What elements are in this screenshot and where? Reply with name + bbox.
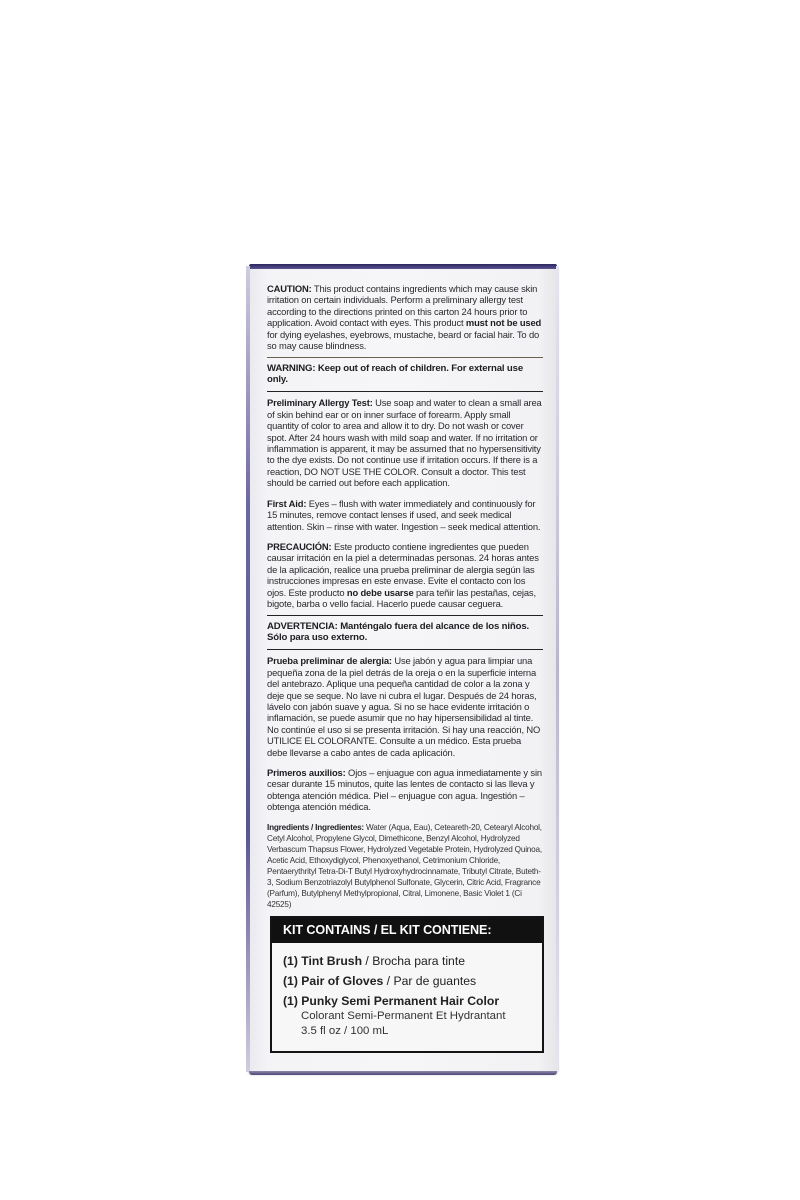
- advertencia-text: ADVERTENCIA: Manténgalo fuera del alcanc…: [267, 621, 543, 643]
- allergy-test-label: Preliminary Allergy Test:: [267, 397, 373, 408]
- kit-item-translation: Par de guantes: [393, 974, 476, 988]
- product-box-side-panel: CAUTION: This product contains ingredien…: [249, 266, 557, 1072]
- first-aid-label: First Aid:: [267, 498, 306, 509]
- divider: [267, 649, 543, 650]
- kit-item-volume: 3.5 fl oz / 100 mL: [283, 1024, 542, 1039]
- primeros-auxilios-section: Primeros auxilios: Ojos – enjuague con a…: [267, 767, 543, 813]
- caution-text-end: for dying eyelashes, eyebrows, mustache,…: [267, 329, 539, 351]
- kit-item-sep: /: [383, 974, 393, 988]
- box-right-edge: [556, 266, 559, 1072]
- label-text-area: CAUTION: This product contains ingredien…: [267, 283, 543, 910]
- kit-list: (1) Tint Brush / Brocha para tinte (1) P…: [272, 943, 542, 1039]
- advertencia-line-2: Sólo para uso externo.: [267, 632, 543, 643]
- kit-item: (1) Pair of Gloves / Par de guantes: [283, 974, 542, 989]
- divider: [267, 615, 543, 616]
- allergy-test-text: Use soap and water to clean a small area…: [267, 397, 542, 488]
- allergy-test-section: Preliminary Allergy Test: Use soap and w…: [267, 397, 543, 488]
- kit-item-translation: Brocha para tinte: [372, 954, 465, 968]
- ingredients-label: Ingredients / Ingredientes:: [267, 823, 364, 832]
- prueba-section: Prueba preliminar de alergia: Use jabón …: [267, 655, 543, 758]
- prueba-text: Use jabón y agua para limpiar una pequeñ…: [267, 655, 540, 757]
- precaucion-section: PRECAUCIÓN: Este producto contiene ingre…: [267, 541, 543, 609]
- divider: [267, 357, 543, 358]
- caution-bold: must not be used: [466, 317, 541, 328]
- divider: [267, 391, 543, 392]
- kit-header: KIT CONTAINS / EL KIT CONTIENE:: [272, 918, 542, 943]
- kit-item-qty: (1): [283, 954, 298, 968]
- warning-text: WARNING: Keep out of reach of children. …: [267, 363, 543, 385]
- kit-item: (1) Tint Brush / Brocha para tinte: [283, 954, 542, 969]
- primeros-auxilios-label: Primeros auxilios:: [267, 767, 346, 778]
- prueba-label: Prueba preliminar de alergia:: [267, 655, 392, 666]
- advertencia-line-1: ADVERTENCIA: Manténgalo fuera del alcanc…: [267, 621, 543, 632]
- kit-item-name: Pair of Gloves: [301, 974, 383, 988]
- kit-item-qty: (1): [283, 994, 298, 1008]
- kit-contents-panel: KIT CONTAINS / EL KIT CONTIENE: (1) Tint…: [270, 916, 544, 1053]
- box-left-edge: [246, 266, 250, 1072]
- caution-label: CAUTION:: [267, 283, 312, 294]
- first-aid-text: Eyes – flush with water immediately and …: [267, 498, 540, 532]
- ingredients-section: Ingredients / Ingredientes: Water (Aqua,…: [267, 822, 543, 910]
- ingredients-text: Water (Aqua, Eau), Ceteareth-20, Ceteary…: [267, 823, 542, 909]
- kit-item-name: Tint Brush: [301, 954, 362, 968]
- kit-item-name: Punky Semi Permanent Hair Color: [301, 994, 499, 1008]
- kit-item-qty: (1): [283, 974, 298, 988]
- first-aid-section: First Aid: Eyes – flush with water immed…: [267, 498, 543, 532]
- kit-item: (1) Punky Semi Permanent Hair Color: [283, 994, 542, 1009]
- kit-item-sep: /: [362, 954, 372, 968]
- precaucion-label: PRECAUCIÓN:: [267, 541, 332, 552]
- precaucion-bold: no debe usarse: [347, 587, 414, 598]
- kit-item-subtitle: Colorant Semi-Permanent Et Hydrantant: [283, 1009, 542, 1024]
- caution-section: CAUTION: This product contains ingredien…: [267, 283, 543, 351]
